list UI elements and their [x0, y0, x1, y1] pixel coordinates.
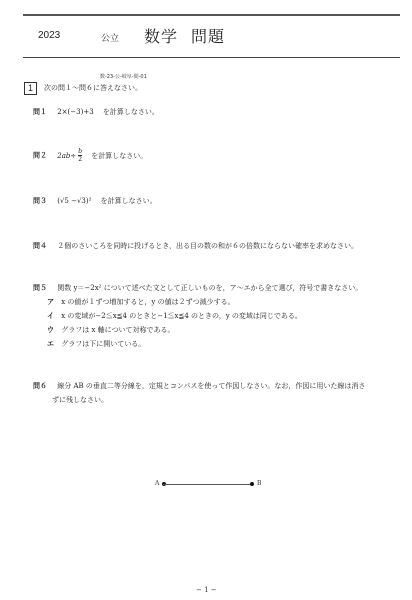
- section-intro: 次の問１～問６に答えなさい。: [44, 83, 142, 93]
- header-bottom-rule: [23, 57, 400, 58]
- question-text: ２個のさいころを同時に投げるとき，出る目の数の和が６の倍数にならない確率を求めな…: [57, 242, 358, 250]
- segment-ab: [163, 484, 252, 485]
- point-b-dot: [250, 482, 254, 486]
- option-d: エ グラフは下に開いている。: [47, 339, 145, 349]
- option-label: ア: [47, 297, 59, 307]
- question-text: 関数 y＝−2x² について述べた文として正しいものを，ア～エから全て選び，符号…: [57, 284, 362, 292]
- section-number-box: 1: [24, 82, 37, 95]
- option-text: グラフは x 軸について対称である。: [61, 326, 174, 334]
- question-expression: 2ab÷: [57, 152, 76, 160]
- option-text: x の変域が−2≦x≦4 のときと−1≦x≦4 のときの，y の変域は同じである…: [61, 312, 302, 320]
- option-b: イ x の変域が−2≦x≦4 のときと−1≦x≦4 のときの，y の変域は同じで…: [47, 311, 302, 321]
- question-label: 問３: [33, 197, 47, 205]
- header-top-rule: [23, 14, 400, 16]
- question-1: 問１ 2×(−3)+3 を計算しなさい。: [33, 107, 159, 117]
- question-expression: 2×(−3)+3: [57, 108, 93, 116]
- point-a-label: A: [155, 480, 159, 487]
- header-year: 2023: [38, 30, 60, 41]
- question-text: を計算しなさい。: [103, 108, 159, 116]
- header-type: 公立: [101, 31, 119, 44]
- question-text: 線分 AB の垂直二等分線を，定規とコンパスを使って作図しなさい。なお，作図に用…: [57, 382, 365, 390]
- question-label: 問１: [33, 108, 47, 116]
- option-label: エ: [47, 339, 59, 349]
- question-2: 問２ 2ab÷b2 を計算しなさい。: [33, 148, 147, 163]
- question-text: を計算しなさい。: [91, 152, 147, 160]
- question-label: 問２: [33, 152, 47, 160]
- option-a: ア x の値が１ずつ増加すると，y の値は２ずつ減少する。: [47, 297, 235, 307]
- option-c: ウ グラフは x 軸について対称である。: [47, 325, 175, 335]
- question-expression: (√5 −√3)²: [57, 197, 91, 205]
- header-kind: 問題: [191, 24, 225, 47]
- question-6: 問６ 線分 AB の垂直二等分線を，定規とコンパスを使って作図しなさい。なお，作…: [33, 381, 365, 391]
- question-3: 問３ (√5 −√3)² を計算しなさい。: [33, 196, 157, 206]
- page-number: − 1 −: [196, 586, 217, 594]
- question-6-continued: ずに残しなさい。: [52, 395, 108, 405]
- point-b-label: B: [257, 480, 261, 487]
- header-subject: 数学: [144, 24, 178, 47]
- option-label: イ: [47, 311, 59, 321]
- document-code: 数-23-公-岐阜-問-01: [100, 73, 147, 80]
- option-text: グラフは下に開いている。: [61, 340, 145, 348]
- question-4: 問４ ２個のさいころを同時に投げるとき，出る目の数の和が６の倍数にならない確率を…: [33, 241, 358, 251]
- question-5: 問５ 関数 y＝−2x² について述べた文として正しいものを，ア～エから全て選び…: [33, 283, 362, 293]
- option-label: ウ: [47, 325, 59, 335]
- question-text: を計算しなさい。: [101, 197, 157, 205]
- option-text: x の値が１ずつ増加すると，y の値は２ずつ減少する。: [61, 298, 234, 306]
- question-label: 問４: [33, 242, 47, 250]
- question-label: 問５: [33, 284, 47, 292]
- question-label: 問６: [33, 382, 47, 390]
- fraction: b2: [78, 148, 82, 163]
